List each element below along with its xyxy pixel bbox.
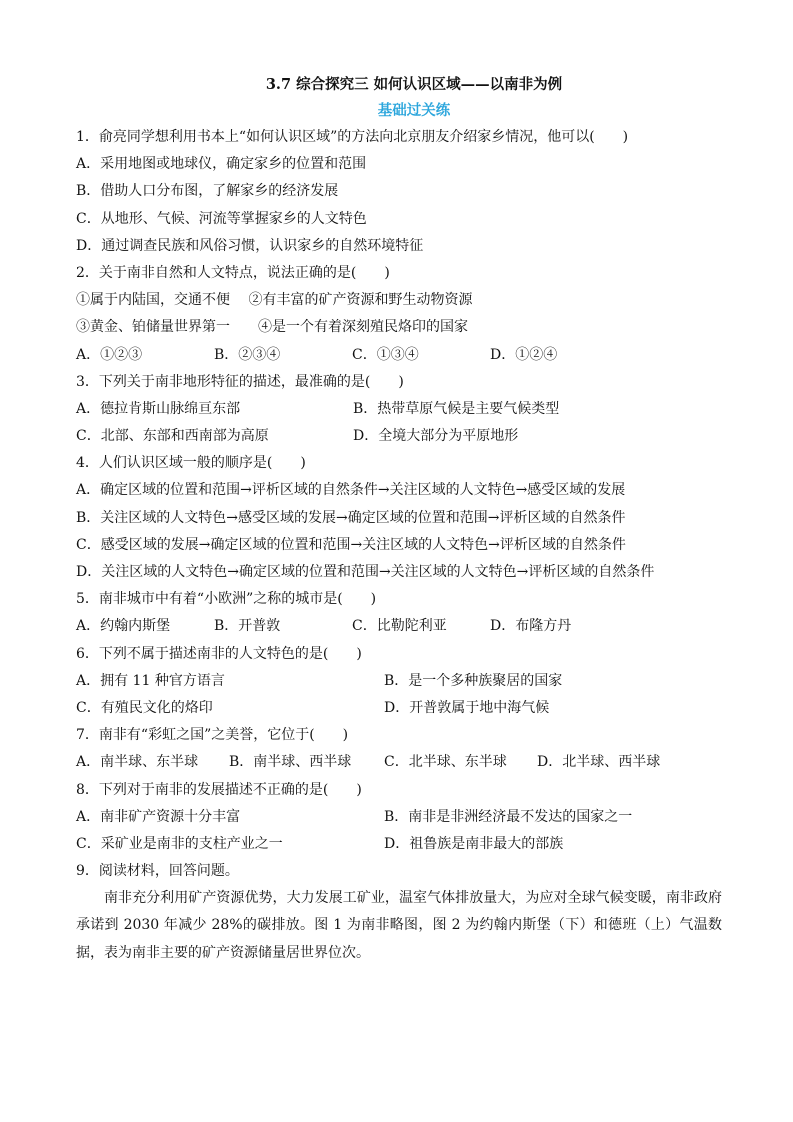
- option-d: D．开普敦属于地中海气候: [384, 695, 549, 722]
- question-9: 9．阅读材料，回答问题。 南非充分利用矿产资源优势，大力发展工矿业，温室气体排放…: [76, 858, 722, 967]
- options-row-2: C．北部、东部和西南部为高原 D．全境大部分为平原地形: [76, 423, 722, 450]
- option-a: A．南半球、东半球: [76, 749, 198, 776]
- question-7: 7．南非有“彩虹之国”之美誉，它位于( ) A．南半球、东半球 B．南半球、西半…: [76, 722, 722, 776]
- option-b: B．南半球、西半球: [229, 749, 351, 776]
- option-c: C．北部、东部和西南部为高原: [76, 423, 269, 450]
- option-a: A．德拉肯斯山脉绵亘东部: [76, 396, 240, 423]
- option-d: D．北半球、西半球: [537, 749, 660, 776]
- options-row-2: C．有殖民文化的烙印 D．开普敦属于地中海气候: [76, 695, 722, 722]
- options-row-1: A．拥有 11 种官方语言 B．是一个多种族聚居的国家: [76, 668, 722, 695]
- option-a: A．①②③: [76, 342, 142, 369]
- option-c: C．有殖民文化的烙印: [76, 695, 213, 722]
- option-b: B．南非是非洲经济最不发达的国家之一: [384, 804, 632, 831]
- option-b: B．借助人口分布图，了解家乡的经济发展: [76, 178, 722, 205]
- question-2: 2．关于南非自然和人文特点，说法正确的是( ) ①属于内陆国，交通不便 ②有丰富…: [76, 260, 722, 369]
- option-c: C．①③④: [352, 342, 419, 369]
- option-d: D．祖鲁族是南非最大的部族: [384, 831, 563, 858]
- option-b: B．热带草原气候是主要气候类型: [353, 396, 559, 423]
- question-stem: 9．阅读材料，回答问题。: [76, 858, 722, 885]
- option-b: B．关注区域的人文特色→感受区域的发展→确定区域的位置和范围→评析区域的自然条件: [76, 505, 722, 532]
- option-a: A．南非矿产资源十分丰富: [76, 804, 240, 831]
- option-b: B．开普敦: [214, 613, 280, 640]
- options-row: A．南半球、东半球 B．南半球、西半球 C．北半球、东半球 D．北半球、西半球: [76, 749, 722, 776]
- page-title: 3.7 综合探究三 如何认识区域——以南非为例: [106, 72, 722, 98]
- option-d: D．通过调查民族和风俗习惯，认识家乡的自然环境特征: [76, 233, 722, 260]
- option-a: A．拥有 11 种官方语言: [76, 668, 225, 695]
- question-stem: 8．下列对于南非的发展描述不正确的是( ): [76, 777, 722, 804]
- question-5: 5．南非城市中有着“小欧洲”之称的城市是( ) A．约翰内斯堡 B．开普敦 C．…: [76, 586, 722, 640]
- question-4: 4．人们认识区域一般的顺序是( ) A．确定区域的位置和范围→评析区域的自然条件…: [76, 450, 722, 586]
- question-stem: 7．南非有“彩虹之国”之美誉，它位于( ): [76, 722, 722, 749]
- option-d: D．关注区域的人文特色→确定区域的位置和范围→关注区域的人文特色→评析区域的自然…: [76, 559, 722, 586]
- question-stem: 1．俞亮同学想利用书本上“如何认识区域”的方法向北京朋友介绍家乡情况，他可以( …: [76, 124, 722, 151]
- question-8: 8．下列对于南非的发展描述不正确的是( ) A．南非矿产资源十分丰富 B．南非是…: [76, 777, 722, 859]
- options-row: A．①②③ B．②③④ C．①③④ D．①②④: [76, 342, 722, 369]
- option-a: A．约翰内斯堡: [76, 613, 170, 640]
- option-c: C．感受区域的发展→确定区域的位置和范围→关注区域的人文特色→评析区域的自然条件: [76, 532, 722, 559]
- options-row-1: A．德拉肯斯山脉绵亘东部 B．热带草原气候是主要气候类型: [76, 396, 722, 423]
- worksheet-page: 3.7 综合探究三 如何认识区域——以南非为例 基础过关练 1．俞亮同学想利用书…: [76, 72, 722, 967]
- options-row-1: A．南非矿产资源十分丰富 B．南非是非洲经济最不发达的国家之一: [76, 804, 722, 831]
- options-row: A．约翰内斯堡 B．开普敦 C．比勒陀利亚 D．布隆方丹: [76, 613, 722, 640]
- option-d: D．全境大部分为平原地形: [353, 423, 518, 450]
- option-a: A．确定区域的位置和范围→评析区域的自然条件→关注区域的人文特色→感受区域的发展: [76, 477, 722, 504]
- question-3: 3．下列关于南非地形特征的描述，最准确的是( ) A．德拉肯斯山脉绵亘东部 B．…: [76, 369, 722, 451]
- options-row-2: C．采矿业是南非的支柱产业之一 D．祖鲁族是南非最大的部族: [76, 831, 722, 858]
- option-c: C．北半球、东半球: [384, 749, 507, 776]
- option-a: A．采用地图或地球仪，确定家乡的位置和范围: [76, 151, 722, 178]
- option-c: C．采矿业是南非的支柱产业之一: [76, 831, 283, 858]
- question-stem: 3．下列关于南非地形特征的描述，最准确的是( ): [76, 369, 722, 396]
- option-b: B．②③④: [214, 342, 280, 369]
- option-c: C．从地形、气候、河流等掌握家乡的人文特色: [76, 206, 722, 233]
- question-6: 6．下列不属于描述南非的人文特色的是( ) A．拥有 11 种官方语言 B．是一…: [76, 641, 722, 723]
- option-c: C．比勒陀利亚: [352, 613, 447, 640]
- reading-passage: 南非充分利用矿产资源优势，大力发展工矿业，温室气体排放量大，为应对全球气候变暖，…: [76, 885, 722, 967]
- question-1: 1．俞亮同学想利用书本上“如何认识区域”的方法向北京朋友介绍家乡情况，他可以( …: [76, 124, 722, 260]
- option-b: B．是一个多种族聚居的国家: [384, 668, 562, 695]
- question-stem: 6．下列不属于描述南非的人文特色的是( ): [76, 641, 722, 668]
- question-stem: 4．人们认识区域一般的顺序是( ): [76, 450, 722, 477]
- statement-line-1: ①属于内陆国，交通不便 ②有丰富的矿产资源和野生动物资源: [76, 287, 722, 314]
- question-stem: 2．关于南非自然和人文特点，说法正确的是( ): [76, 260, 722, 287]
- option-d: D．①②④: [490, 342, 557, 369]
- statement-line-2: ③黄金、铂储量世界第一 ④是一个有着深刻殖民烙印的国家: [76, 314, 722, 341]
- section-subtitle: 基础过关练: [106, 98, 722, 124]
- question-stem: 5．南非城市中有着“小欧洲”之称的城市是( ): [76, 586, 722, 613]
- option-d: D．布隆方丹: [490, 613, 571, 640]
